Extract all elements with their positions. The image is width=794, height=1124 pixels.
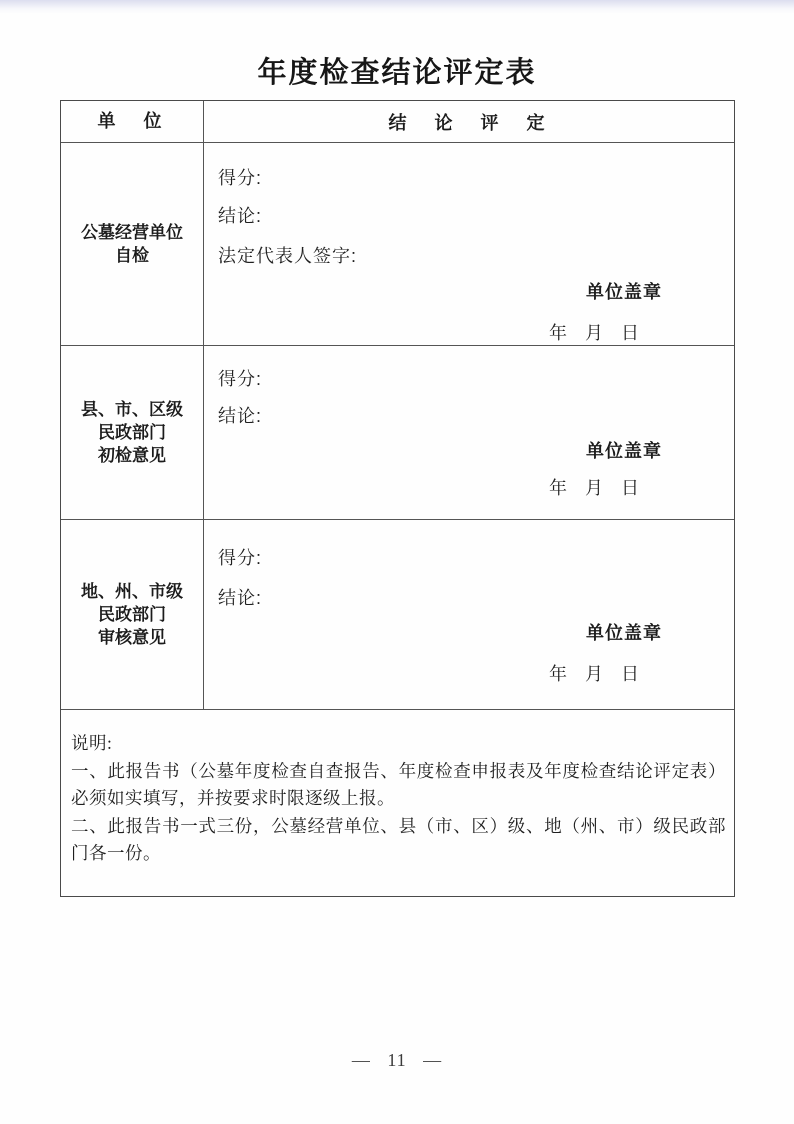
conclusion-label: 结论: (218, 202, 262, 228)
date-line: 年 月 日 (549, 319, 639, 345)
signature-label: 法定代表人签字: (218, 242, 357, 268)
table-row-self-inspection: 公墓经营单位 自检 得分: 结论: 法定代表人签字: 单位盖章 年 月 日 (61, 143, 734, 346)
header-evaluation-label: 结 论 评 定 (389, 109, 550, 135)
day-label: 日 (621, 319, 639, 345)
month-label: 月 (585, 319, 603, 345)
header-unit-cell: 单 位 (61, 101, 204, 142)
score-label: 得分: (218, 365, 262, 391)
conclusion-label: 结论: (218, 584, 262, 610)
scanned-document-page: 年度检查结论评定表 单 位 结 论 评 定 公墓经营单位 自检 得分: 结论: … (0, 0, 794, 1124)
unit-line: 民政部门 (98, 421, 166, 444)
unit-line: 审核意见 (98, 626, 166, 649)
page-number: — 11 — (0, 1050, 794, 1071)
unit-line: 公墓经营单位 (81, 221, 183, 244)
page-title: 年度检查结论评定表 (0, 50, 794, 91)
unit-line: 初检意见 (98, 444, 166, 467)
day-label: 日 (621, 474, 639, 500)
year-label: 年 (549, 660, 567, 686)
unit-line: 县、市、区级 (81, 398, 183, 421)
month-label: 月 (585, 474, 603, 500)
table-row-review-opinion: 地、州、市级 民政部门 审核意见 得分: 结论: 单位盖章 年 月 日 (61, 520, 734, 710)
seal-label: 单位盖章 (586, 437, 662, 463)
evaluation-cell: 得分: 结论: 法定代表人签字: 单位盖章 年 月 日 (204, 143, 734, 345)
evaluation-cell: 得分: 结论: 单位盖章 年 月 日 (204, 346, 734, 519)
year-label: 年 (549, 319, 567, 345)
unit-cell: 公墓经营单位 自检 (61, 143, 204, 345)
unit-line: 自检 (115, 244, 149, 267)
unit-line: 地、州、市级 (81, 580, 183, 603)
notes-label: 说明: (71, 730, 726, 758)
conclusion-label: 结论: (218, 402, 262, 428)
note-item-2: 二、此报告书一式三份，公墓经营单位、县（市、区）级、地（州、市）级民政部门各一份… (71, 813, 726, 868)
evaluation-cell: 得分: 结论: 单位盖章 年 月 日 (204, 520, 734, 709)
seal-label: 单位盖章 (586, 278, 662, 304)
table-header-row: 单 位 结 论 评 定 (61, 101, 734, 143)
notes-row: 说明: 一、此报告书（公墓年度检查自查报告、年度检查申报表及年度检查结论评定表）… (61, 710, 734, 896)
note-item-1: 一、此报告书（公墓年度检查自查报告、年度检查申报表及年度检查结论评定表）必须如实… (71, 758, 726, 813)
scan-artifact-band (0, 0, 794, 14)
date-line: 年 月 日 (549, 474, 639, 500)
evaluation-form-table: 单 位 结 论 评 定 公墓经营单位 自检 得分: 结论: 法定代表人签字: 单… (60, 100, 735, 897)
day-label: 日 (621, 660, 639, 686)
table-row-initial-inspection: 县、市、区级 民政部门 初检意见 得分: 结论: 单位盖章 年 月 日 (61, 346, 734, 520)
seal-label: 单位盖章 (586, 619, 662, 645)
date-line: 年 月 日 (549, 660, 639, 686)
unit-cell: 县、市、区级 民政部门 初检意见 (61, 346, 204, 519)
score-label: 得分: (218, 544, 262, 570)
notes-section: 说明: 一、此报告书（公墓年度检查自查报告、年度检查申报表及年度检查结论评定表）… (61, 710, 734, 896)
unit-line: 民政部门 (98, 603, 166, 626)
month-label: 月 (585, 660, 603, 686)
unit-cell: 地、州、市级 民政部门 审核意见 (61, 520, 204, 709)
header-evaluation-cell: 结 论 评 定 (204, 101, 734, 142)
score-label: 得分: (218, 164, 262, 190)
header-unit-label: 单 位 (98, 110, 167, 133)
year-label: 年 (549, 474, 567, 500)
